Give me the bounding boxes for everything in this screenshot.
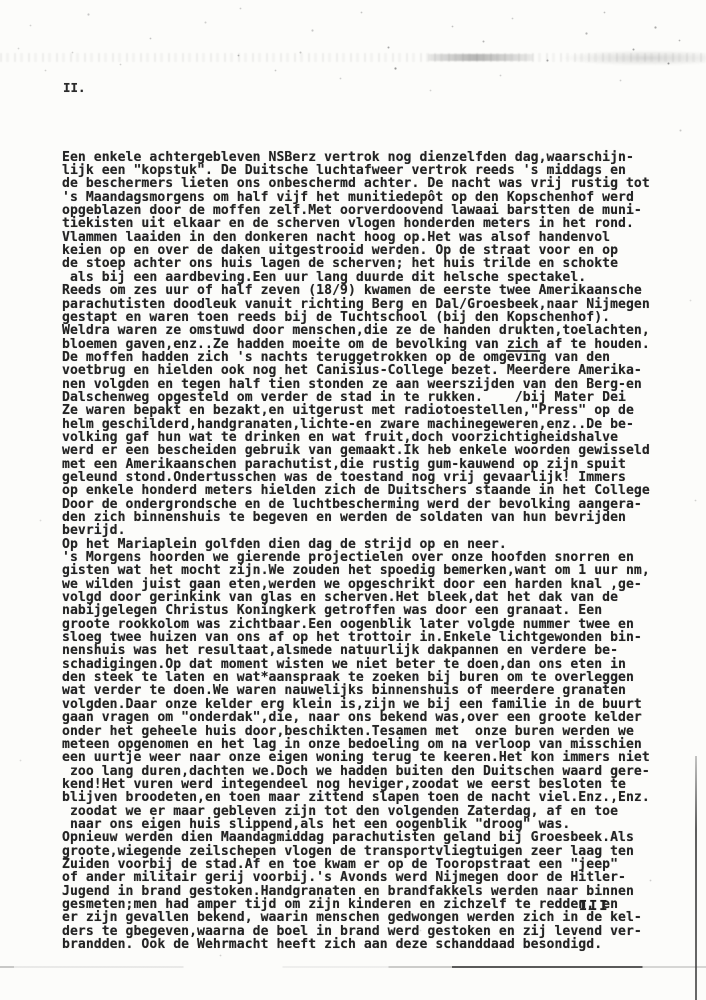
- text-line: onder het geheele huis door,beschikten.T…: [62, 725, 672, 738]
- text-line: parachutisten doodleuk vanuit richting B…: [62, 298, 672, 311]
- text-line: op enkele honderd meters hielden zich de…: [62, 484, 672, 497]
- text-line: helm geschilderd,handgranaten,lichte-en …: [62, 418, 672, 431]
- text-line: Door de ondergrondsche en de luchtbesche…: [62, 498, 672, 511]
- text-line: een uurtje weer naar onze eigen woning t…: [62, 751, 672, 764]
- scan-fold-line: [0, 966, 706, 968]
- text-line: bevrijd.: [62, 524, 672, 537]
- scan-noise-smudge: [428, 54, 533, 61]
- text-line: met een Amerikaanschen parachutist,die r…: [62, 458, 672, 471]
- text-line: wat verder te doen.We waren nauwelijks b…: [62, 684, 672, 697]
- text-line: tiekisten uit elkaar en de scherven vlog…: [62, 217, 672, 230]
- text-line: brandden. Ook de Wehrmacht heeft zich aa…: [62, 938, 672, 951]
- text-line: Weldra waren ze omstuwd door menschen,di…: [62, 324, 672, 337]
- text-line: nabijgelegen Christus Koningkerk getroff…: [62, 604, 672, 617]
- text-line: of ander militair gerij voorbij.'s Avond…: [62, 871, 672, 884]
- page-number: III: [579, 898, 609, 914]
- text-line: nenshuis was het resultaat,alsmede natuu…: [62, 644, 672, 657]
- text-line: bloemen gaven,enz..Ze hadden moeite om d…: [62, 338, 672, 351]
- scan-noise-corner: [560, 50, 706, 66]
- text-line: Reeds om zes uur of half zeven (18/9) kw…: [62, 284, 672, 297]
- text-line: blijven broodeten,en toen maar zittend s…: [62, 791, 672, 804]
- text-line: gaan vragen om "onderdak",die, naar ons …: [62, 711, 672, 724]
- scan-speckles: [0, 0, 1, 1]
- text-line: Jugend in brand gestoken.Handgranaten en…: [62, 885, 672, 898]
- text-line: zoodat we er maar gebleven zijn tot den …: [62, 805, 672, 818]
- text-line: den zich binnenshuis te begeven en werde…: [62, 511, 672, 524]
- blank-line: [62, 111, 672, 124]
- text-line: groote,wiegende zeilschepen vlogen de tr…: [62, 845, 672, 858]
- text-line: ders te gbegeven,waarna de boel in brand…: [62, 925, 672, 938]
- scan-edge-line: [695, 756, 697, 1000]
- text-line: nen volgden en tegen half tien stonden z…: [62, 378, 672, 391]
- text-line: de stoep achter ons huis lagen de scherv…: [62, 257, 672, 270]
- document-page: II. Een enkele achtergebleven NSBerz ver…: [0, 0, 706, 1000]
- text-line: werd er een bescheiden gebruik van gemaa…: [62, 444, 672, 457]
- text-line: zoo lang duren,dachten we.Doch we hadden…: [62, 765, 672, 778]
- insertion-underline-mark: [506, 350, 540, 352]
- typewritten-text: Een enkele achtergebleven NSBerz vertrok…: [62, 84, 672, 951]
- text-line: Ze waren bepakt en bezakt,en uitgerust m…: [62, 404, 672, 417]
- text-line: voetbrug en hielden ook nog het Canisius…: [62, 364, 672, 377]
- text-line: de beschermers lieten ons onbeschermd ac…: [62, 177, 672, 190]
- text-line: gisten wat het mocht zijn.We zouden het …: [62, 564, 672, 577]
- text-line: Opnieuw werden dien Maandagmiddag parach…: [62, 831, 672, 844]
